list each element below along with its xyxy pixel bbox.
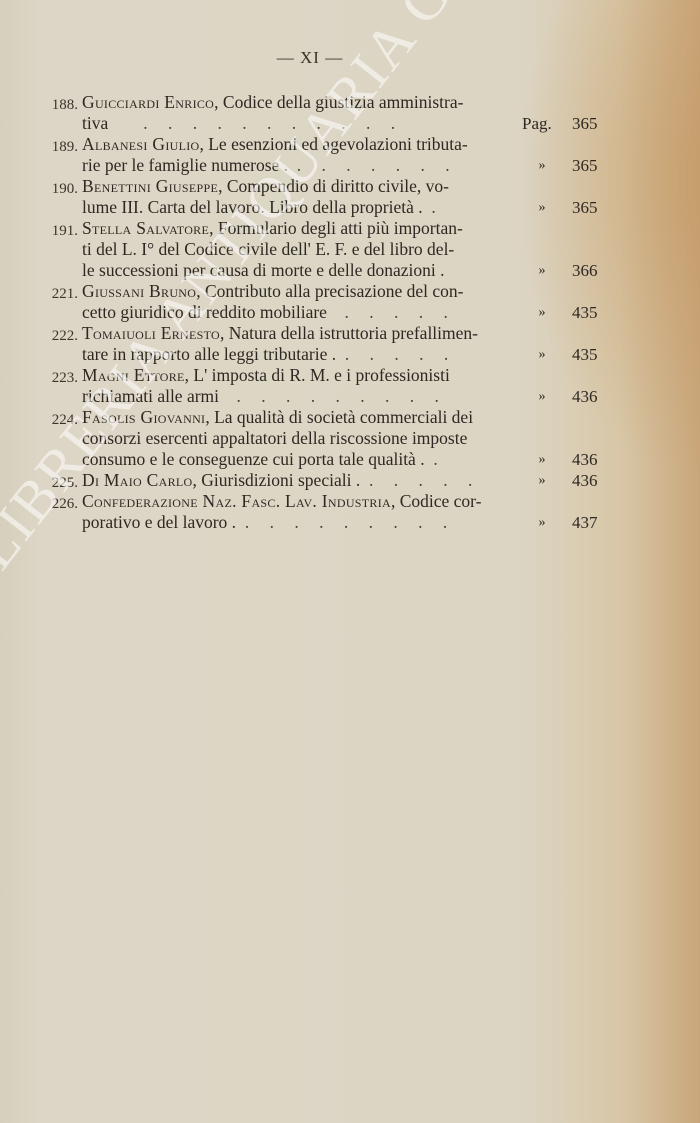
page-ref-prefix: » bbox=[522, 470, 562, 491]
entry-title: La qualità di società commerciali dei bbox=[214, 407, 473, 427]
toc-entry-line: richiamati alle armi . . . . . . . . . »… bbox=[0, 386, 700, 407]
page-number: 437 bbox=[572, 512, 598, 533]
page-ref-prefix: » bbox=[522, 260, 562, 281]
toc-entry-line: consumo e le conseguenze cui porta tale … bbox=[0, 449, 700, 470]
entry-title: tare in rapporto alle leggi tributarie . bbox=[82, 344, 336, 364]
dot-leader: . . . . . bbox=[345, 344, 456, 364]
toc-entry-line: 189. Albanesi Giulio, Le esenzioni ed ag… bbox=[0, 134, 700, 155]
dot-leader: . . . . . . . . . . . bbox=[143, 113, 403, 133]
entry-title: Codice della giustizia amministra- bbox=[223, 92, 464, 112]
entry-author: Albanesi Giulio bbox=[82, 134, 199, 154]
dot-leader: . . . . . bbox=[369, 470, 480, 490]
entry-title: Natura della istruttoria prefallimen- bbox=[229, 323, 478, 343]
toc-entry-line: ti del L. I° del Codice civile dell' E. … bbox=[0, 239, 700, 260]
page-number: 435 bbox=[572, 344, 598, 365]
toc-entry-line: rie per le famiglie numerose . . . . . .… bbox=[0, 155, 700, 176]
entry-title: lume III. Carta del lavoro. Libro della … bbox=[82, 197, 423, 217]
toc-entry-line: 223. Magni Ettore, L' imposta di R. M. e… bbox=[0, 365, 700, 386]
entry-title: Codice cor- bbox=[400, 491, 482, 511]
table-of-contents: 188. Guicciardi Enrico, Codice della giu… bbox=[0, 92, 700, 533]
page-header-roman-numeral: — XI — bbox=[0, 48, 620, 68]
entry-title: Le esenzioni ed agevolazioni tributa- bbox=[208, 134, 467, 154]
page-number: 365 bbox=[572, 197, 598, 218]
entry-author: Fasolis Giovanni bbox=[82, 407, 205, 427]
toc-entry-line: 188. Guicciardi Enrico, Codice della giu… bbox=[0, 92, 700, 113]
entry-title: ti del L. I° del Codice civile dell' E. … bbox=[82, 239, 454, 260]
entry-author: Magni Ettore bbox=[82, 365, 185, 385]
toc-entry-line: lume III. Carta del lavoro. Libro della … bbox=[0, 197, 700, 218]
page-ref-prefix: » bbox=[522, 197, 562, 218]
page-ref-prefix: » bbox=[522, 302, 562, 323]
page-number: 435 bbox=[572, 302, 598, 323]
toc-entry-line: 226. Confederazione Naz. Fasc. Lav. Indu… bbox=[0, 491, 700, 512]
page-ref-prefix: Pag. bbox=[522, 113, 572, 134]
entry-title: rie per le famiglie numerose . bbox=[82, 155, 288, 175]
page-number: 365 bbox=[572, 155, 598, 176]
toc-entry-line: 224. Fasolis Giovanni, La qualità di soc… bbox=[0, 407, 700, 428]
page-number: 436 bbox=[572, 386, 598, 407]
entry-author: Di Maio Carlo bbox=[82, 470, 193, 490]
page-number: 436 bbox=[572, 470, 598, 491]
page-number: 365 bbox=[572, 113, 598, 134]
entry-title: L' imposta di R. M. e i professionisti bbox=[193, 365, 449, 385]
page-ref-prefix: » bbox=[522, 386, 562, 407]
dot-leader: . . . . . . . . . bbox=[245, 512, 455, 532]
page-number: 366 bbox=[572, 260, 598, 281]
entry-author: Stella Salvatore bbox=[82, 218, 209, 238]
toc-entry-line: 221. Giussani Bruno, Contributo alla pre… bbox=[0, 281, 700, 302]
page-number: 436 bbox=[572, 449, 598, 470]
entry-title: tiva bbox=[82, 113, 108, 133]
page-ref-prefix: » bbox=[522, 344, 562, 365]
entry-title: consumo e le conseguenze cui porta tale … bbox=[82, 449, 425, 469]
toc-entry-line: consorzi esercenti appaltatori della ris… bbox=[0, 428, 700, 449]
toc-entry-line: 191. Stella Salvatore, Formulario degli … bbox=[0, 218, 700, 239]
dot-leader: . bbox=[433, 449, 445, 469]
entry-author: Benettini Giuseppe bbox=[82, 176, 218, 196]
entry-title: Giurisdizioni speciali . bbox=[201, 470, 360, 490]
toc-entry-line: le successioni per causa di morte e dell… bbox=[0, 260, 700, 281]
dot-leader: . . . . . . . bbox=[297, 155, 458, 175]
page-ref-prefix: » bbox=[522, 449, 562, 470]
entry-title: Compendio di diritto civile, vo- bbox=[227, 176, 449, 196]
dot-leader: . . . . . bbox=[344, 302, 455, 322]
entry-title: porativo e del lavoro . bbox=[82, 512, 236, 532]
entry-title: richiamati alle armi bbox=[82, 386, 219, 406]
dot-leader: . . . . . . . . . bbox=[237, 386, 447, 406]
dot-leader: . bbox=[431, 197, 443, 217]
entry-title: cetto giuridico di reddito mobiliare bbox=[82, 302, 327, 322]
entry-author: Confederazione Naz. Fasc. Lav. Industria bbox=[82, 491, 391, 511]
entry-author: Giussani Bruno bbox=[82, 281, 196, 301]
entry-title: le successioni per causa di morte e dell… bbox=[82, 260, 445, 281]
toc-entry-line: tiva . . . . . . . . . . . Pag. 365 bbox=[0, 113, 700, 134]
toc-entry-line: porativo e del lavoro . . . . . . . . . … bbox=[0, 512, 700, 533]
entry-author: Guicciardi Enrico bbox=[82, 92, 214, 112]
page-ref-prefix: » bbox=[522, 512, 562, 533]
toc-entry-line: cetto giuridico di reddito mobiliare . .… bbox=[0, 302, 700, 323]
entry-title: consorzi esercenti appaltatori della ris… bbox=[82, 428, 467, 449]
toc-entry-line: 222. Tomaiuoli Ernesto, Natura della ist… bbox=[0, 323, 700, 344]
entry-title: Formulario degli atti più importan- bbox=[218, 218, 463, 238]
page-ref-prefix: » bbox=[522, 155, 562, 176]
entry-author: Tomaiuoli Ernesto bbox=[82, 323, 220, 343]
book-page: — XI — 188. Guicciardi Enrico, Codice de… bbox=[0, 0, 700, 1123]
entry-title: Contributo alla precisazione del con- bbox=[205, 281, 464, 301]
toc-entry-line: 225. Di Maio Carlo, Giurisdizioni specia… bbox=[0, 470, 700, 491]
toc-entry-line: tare in rapporto alle leggi tributarie .… bbox=[0, 344, 700, 365]
toc-entry-line: 190. Benettini Giuseppe, Compendio di di… bbox=[0, 176, 700, 197]
